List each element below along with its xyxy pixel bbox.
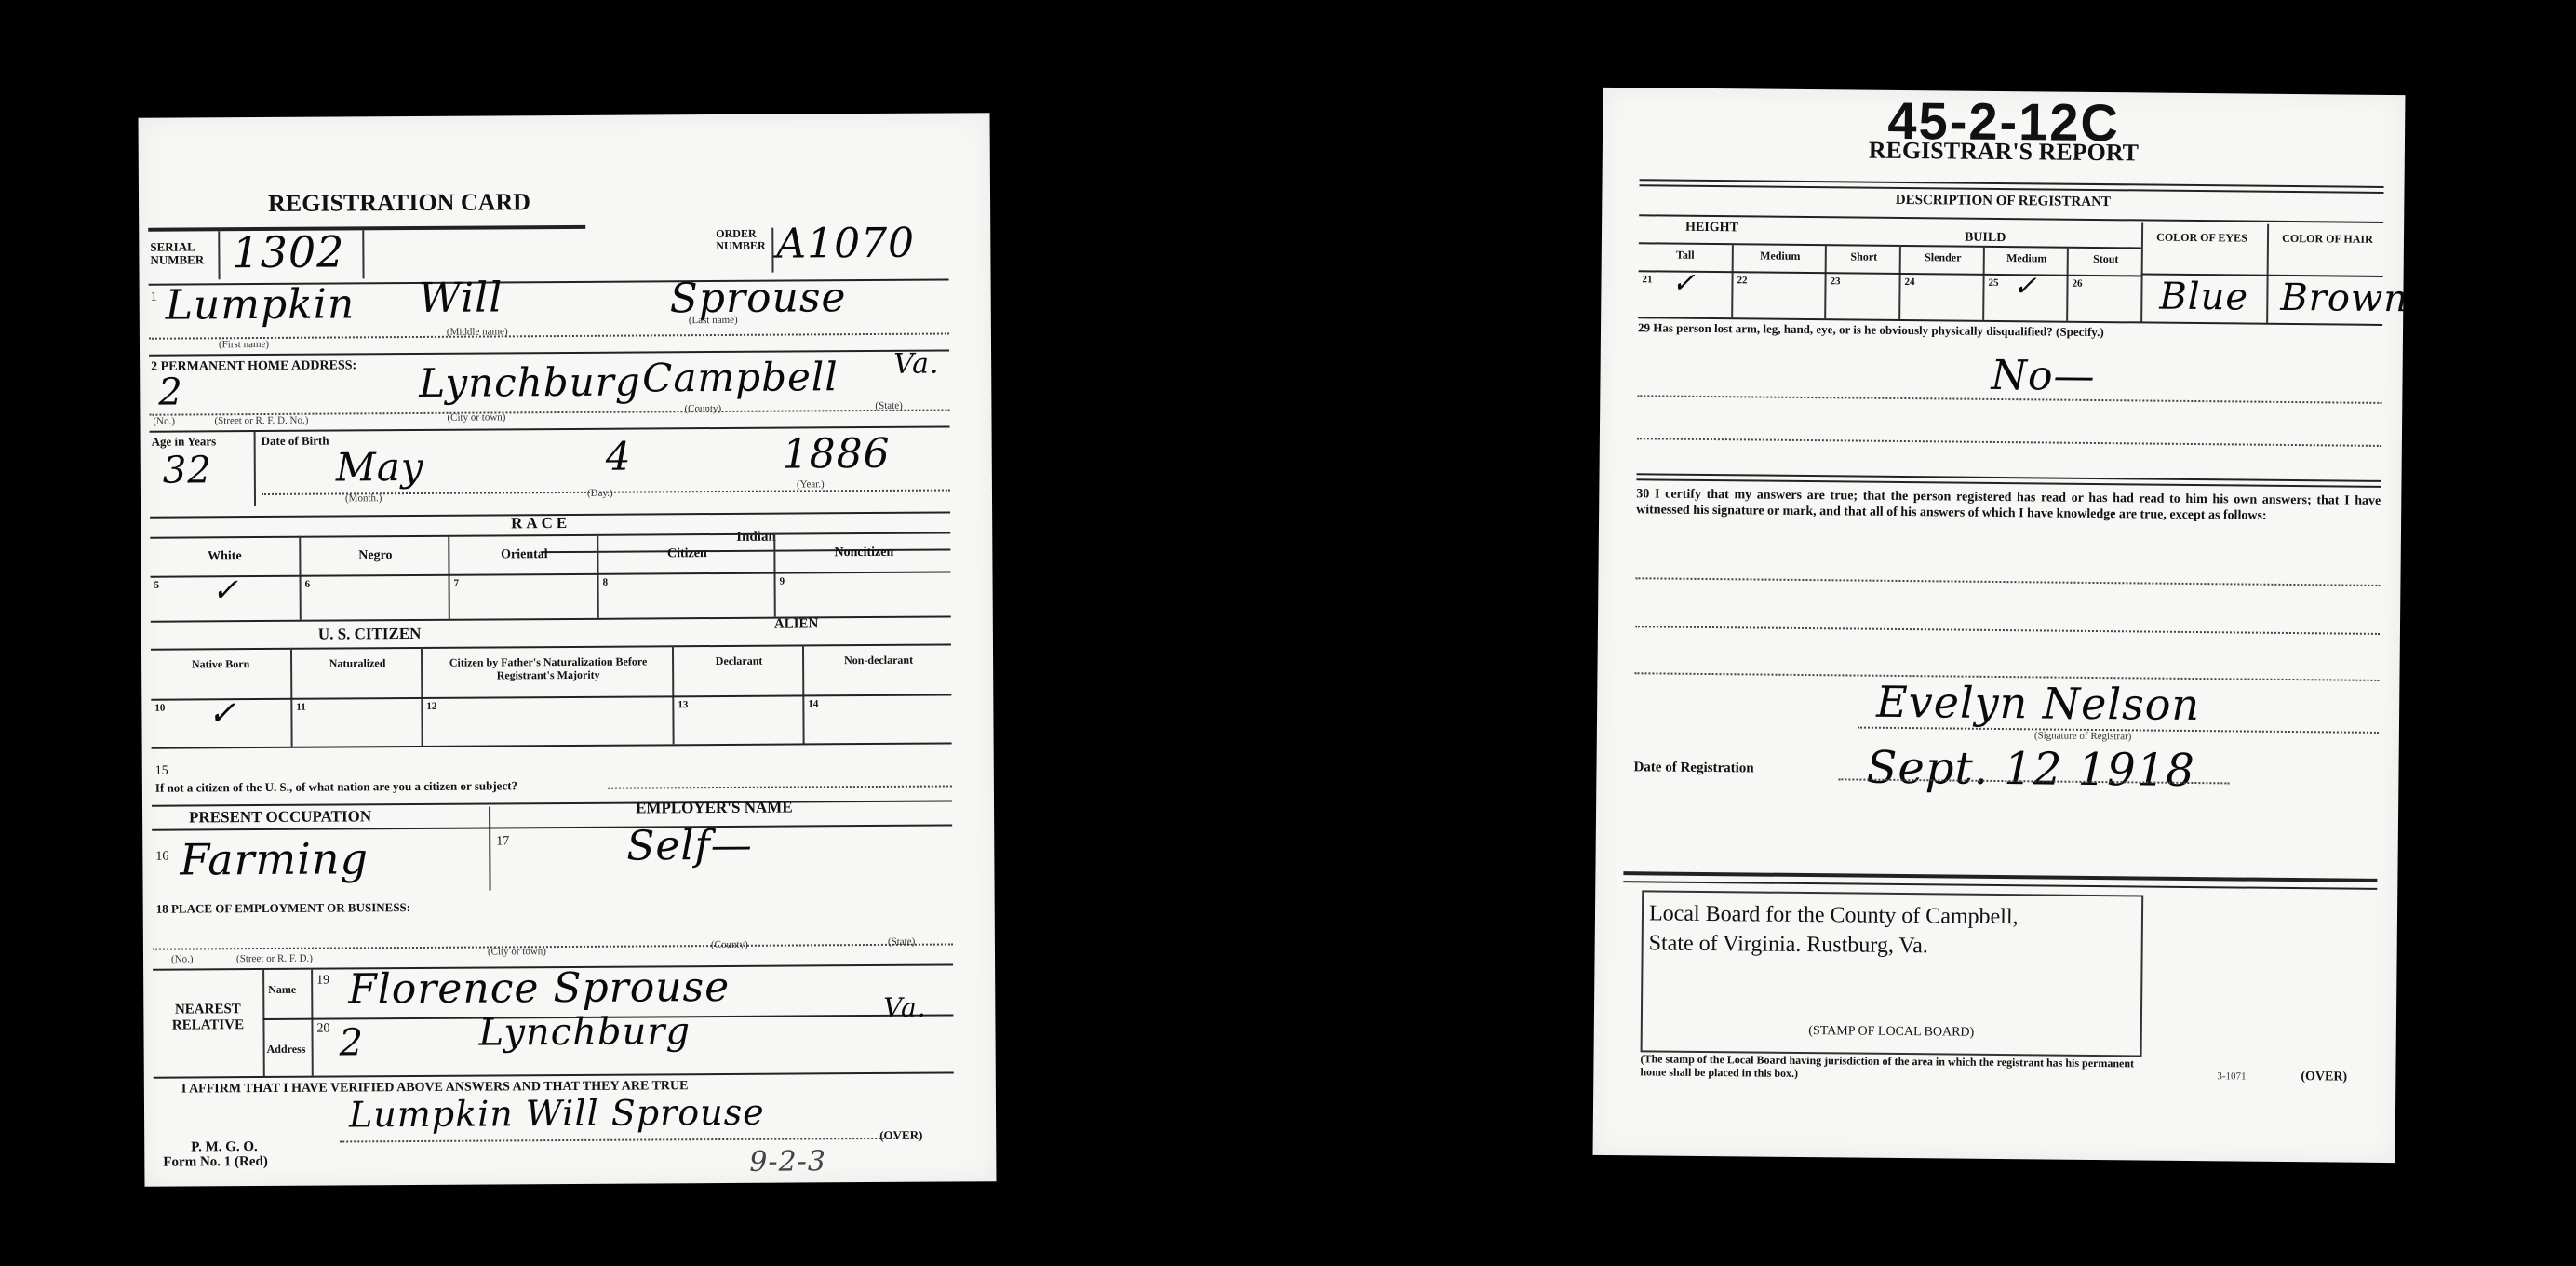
column-label: Oriental bbox=[449, 547, 598, 563]
table-cell: Medium25✓ bbox=[1982, 246, 2069, 321]
birth-day: 4 bbox=[606, 434, 632, 479]
occupation-value: Farming bbox=[180, 833, 369, 884]
card-title: REGISTRATION CARD bbox=[139, 187, 660, 218]
column-label: Slender bbox=[1901, 250, 1985, 264]
column-label: Native Born bbox=[151, 657, 290, 671]
middle-name: Will bbox=[419, 274, 503, 322]
column-label: White bbox=[150, 549, 299, 565]
check-mark: ✓ bbox=[208, 694, 236, 733]
column-label: Non-declarant bbox=[804, 653, 953, 667]
table-cell: Citizen8 bbox=[597, 533, 776, 618]
table-cell: Negro6 bbox=[299, 535, 450, 620]
description-table: Tall21✓Medium22Short23Slender24Medium25✓… bbox=[1638, 242, 2141, 321]
field-number: 21 bbox=[1642, 274, 1652, 285]
column-label: Noncitizen bbox=[775, 545, 952, 560]
relative-address-state: Va. bbox=[883, 992, 926, 1023]
field-number: 12 bbox=[426, 701, 436, 712]
serial-number: 1302 bbox=[232, 226, 344, 277]
table-cell: Noncitizen9 bbox=[773, 532, 953, 616]
column-label: Tall bbox=[1639, 248, 1732, 262]
column-label: Negro bbox=[301, 548, 449, 564]
citizenship-table: Native Born10✓Naturalized11Citizen by Fa… bbox=[151, 643, 952, 747]
table-cell: Oriental7 bbox=[448, 534, 599, 619]
table-cell: Stout26 bbox=[2066, 247, 2143, 322]
field-number: 25 bbox=[1988, 277, 1998, 289]
table-cell: Tall21✓ bbox=[1638, 242, 1732, 317]
relative-name: Florence Sprouse bbox=[348, 963, 730, 1014]
field-number: 5 bbox=[154, 580, 160, 591]
local-board-stamp: Local Board for the County of Campbell, … bbox=[1641, 890, 2144, 1057]
employer-value: Self— bbox=[626, 822, 753, 870]
field-number: 9 bbox=[780, 576, 785, 587]
field-number: 10 bbox=[154, 703, 165, 714]
field-number: 7 bbox=[454, 578, 460, 589]
home-address-state: Va. bbox=[893, 348, 940, 381]
eye-color: Blue bbox=[2159, 276, 2248, 319]
home-address-no: 2 bbox=[158, 371, 183, 414]
first-name: Lumpkin bbox=[166, 280, 356, 329]
registration-card-front: REGISTRATION CARD SERIAL NUMBER 1302 ORD… bbox=[139, 113, 997, 1187]
order-label: ORDER NUMBER bbox=[716, 228, 771, 252]
age-value: 32 bbox=[163, 449, 212, 492]
field-number: 23 bbox=[1830, 276, 1840, 287]
order-number: A1070 bbox=[776, 220, 915, 268]
registrar-signature: Evelyn Nelson bbox=[1876, 677, 2200, 730]
field-number: 11 bbox=[296, 702, 305, 713]
q30-text: 30 I certify that my answers are true; t… bbox=[1636, 486, 2381, 525]
stamp-note: 9-2-3 bbox=[749, 1145, 826, 1178]
column-label: Medium bbox=[1734, 249, 1827, 263]
birth-year: 1886 bbox=[783, 430, 891, 478]
field-number: 14 bbox=[808, 698, 818, 709]
column-label: Naturalized bbox=[292, 656, 423, 670]
registration-date: Sept. 12 1918 bbox=[1866, 742, 2195, 797]
field-number: 24 bbox=[1904, 276, 1914, 288]
table-cell: White5✓ bbox=[150, 536, 300, 621]
serial-label: SERIAL NUMBER bbox=[150, 240, 215, 266]
q29-answer: No— bbox=[1991, 352, 2095, 400]
q15-label: If not a citizen of the U. S., of what n… bbox=[155, 778, 517, 795]
relative-address-city: Lynchburg bbox=[478, 1010, 691, 1054]
relative-address-no: 2 bbox=[339, 1021, 364, 1064]
column-label: Declarant bbox=[674, 653, 804, 667]
field-number: 26 bbox=[2072, 278, 2082, 290]
table-cell: Slender24 bbox=[1898, 245, 1985, 320]
home-address-city: Lynchburg bbox=[419, 359, 641, 406]
table-cell: Medium22 bbox=[1731, 243, 1827, 318]
field-number: 13 bbox=[678, 699, 688, 710]
field-number: 8 bbox=[603, 577, 609, 588]
column-label: Medium bbox=[1985, 251, 2069, 265]
race-table: White5✓Negro6Oriental7Citizen8Noncitizen… bbox=[150, 532, 951, 620]
column-label: Citizen bbox=[598, 546, 775, 562]
column-label: Citizen by Father's Naturalization Befor… bbox=[423, 654, 674, 682]
field-number: 6 bbox=[305, 579, 311, 590]
hair-color: Brown bbox=[2280, 276, 2408, 320]
home-address-county: Campbell bbox=[642, 354, 839, 400]
registrant-signature: Lumpkin Will Sprouse bbox=[349, 1092, 765, 1136]
field-number: 22 bbox=[1737, 275, 1747, 286]
column-label: Short bbox=[1827, 249, 1901, 263]
table-cell: Short23 bbox=[1824, 244, 1901, 319]
stamp-instruction: (The stamp of the Local Board having jur… bbox=[1640, 1052, 2161, 1083]
column-label: Stout bbox=[2069, 252, 2143, 266]
birth-month: May bbox=[336, 444, 424, 491]
registration-card-back: 45-2-12C REGISTRAR'S REPORT DESCRIPTION … bbox=[1593, 88, 2406, 1163]
nearest-relative-label: NEAREST RELATIVE bbox=[156, 1002, 259, 1034]
